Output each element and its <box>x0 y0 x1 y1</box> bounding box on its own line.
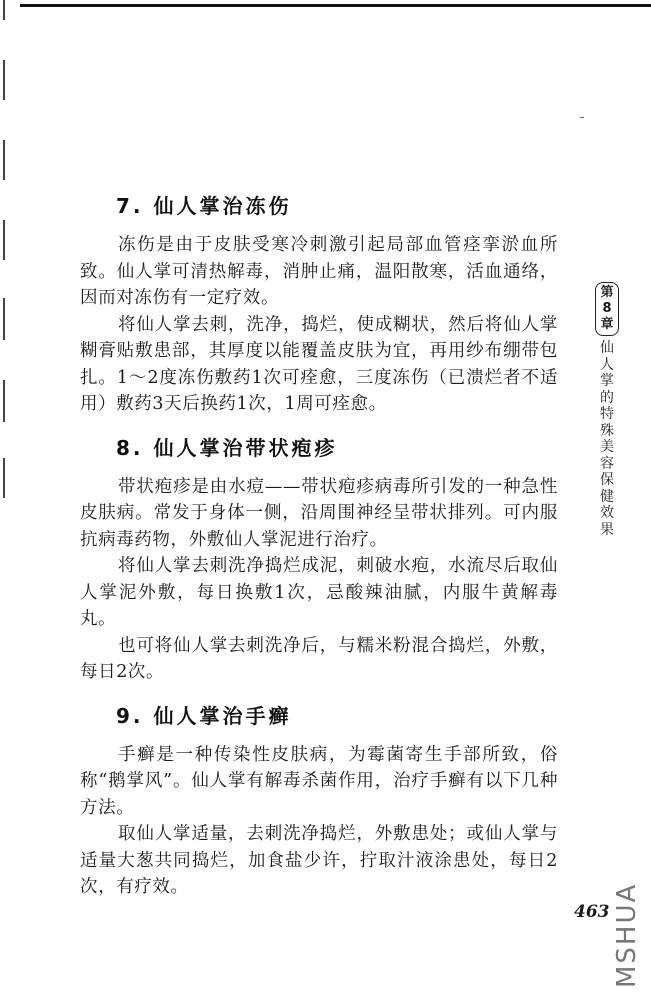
scan-mark <box>3 298 5 340</box>
page-body: 7. 仙人掌治冻伤 冻伤是由于皮肤受寒冷刺激引起局部血管痉挛淤血所致。仙人掌可清… <box>80 188 558 913</box>
page-number: 463 <box>574 902 610 922</box>
scan-mark <box>3 220 5 260</box>
paragraph: 将仙人掌去刺，洗净，捣烂，使成糊状，然后将仙人掌糊膏贴敷患部，其厚度以能覆盖皮肤… <box>80 312 558 418</box>
scan-mark <box>3 140 5 180</box>
watermark: MSHUA <box>612 883 642 988</box>
scan-mark <box>3 458 5 498</box>
chapter-title: 仙人掌的特殊美容保健效果 <box>598 340 616 538</box>
scan-mark <box>3 0 5 20</box>
paragraph: 冻伤是由于皮肤受寒冷刺激引起局部血管痉挛淤血所致。仙人掌可清热解毒，消肿止痛，温… <box>80 232 558 312</box>
paragraph: 取仙人掌适量，去刺洗净捣烂，外敷患处；或仙人掌与适量大葱共同捣烂，加食盐少许，拧… <box>80 821 558 901</box>
section-heading: 8. 仙人掌治带状疱疹 <box>116 430 558 466</box>
paragraph: 将仙人掌去刺洗净捣烂成泥，刺破水疱，水流尽后取仙人掌泥外敷，每日换敷1次，忌酸辣… <box>80 553 558 633</box>
chapter-tab: 第8章 <box>595 282 619 336</box>
scan-mark <box>3 380 5 422</box>
section-tinea-manuum: 9. 仙人掌治手癣 手癣是一种传染性皮肤病，为霉菌寄生手部所致，俗称“鹅掌风”。… <box>80 698 558 901</box>
paragraph: 带状疱疹是由水痘——带状疱疹病毒所引发的一种急性皮肤病。常发于身体一侧，沿周围神… <box>80 474 558 554</box>
speck <box>580 117 584 118</box>
section-heading: 7. 仙人掌治冻伤 <box>116 188 558 224</box>
section-heading: 9. 仙人掌治手癣 <box>116 698 558 734</box>
paragraph: 手癣是一种传染性皮肤病，为霉菌寄生手部所致，俗称“鹅掌风”。仙人掌有解毒杀菌作用… <box>80 742 558 822</box>
section-frostbite: 7. 仙人掌治冻伤 冻伤是由于皮肤受寒冷刺激引起局部血管痉挛淤血所致。仙人掌可清… <box>80 188 558 418</box>
paragraph: 也可将仙人掌去刺洗净后，与糯米粉混合捣烂，外敷，每日2次。 <box>80 633 558 686</box>
top-rule <box>20 4 651 7</box>
scan-mark <box>3 60 5 100</box>
section-shingles: 8. 仙人掌治带状疱疹 带状疱疹是由水痘——带状疱疹病毒所引发的一种急性皮肤病。… <box>80 430 558 686</box>
